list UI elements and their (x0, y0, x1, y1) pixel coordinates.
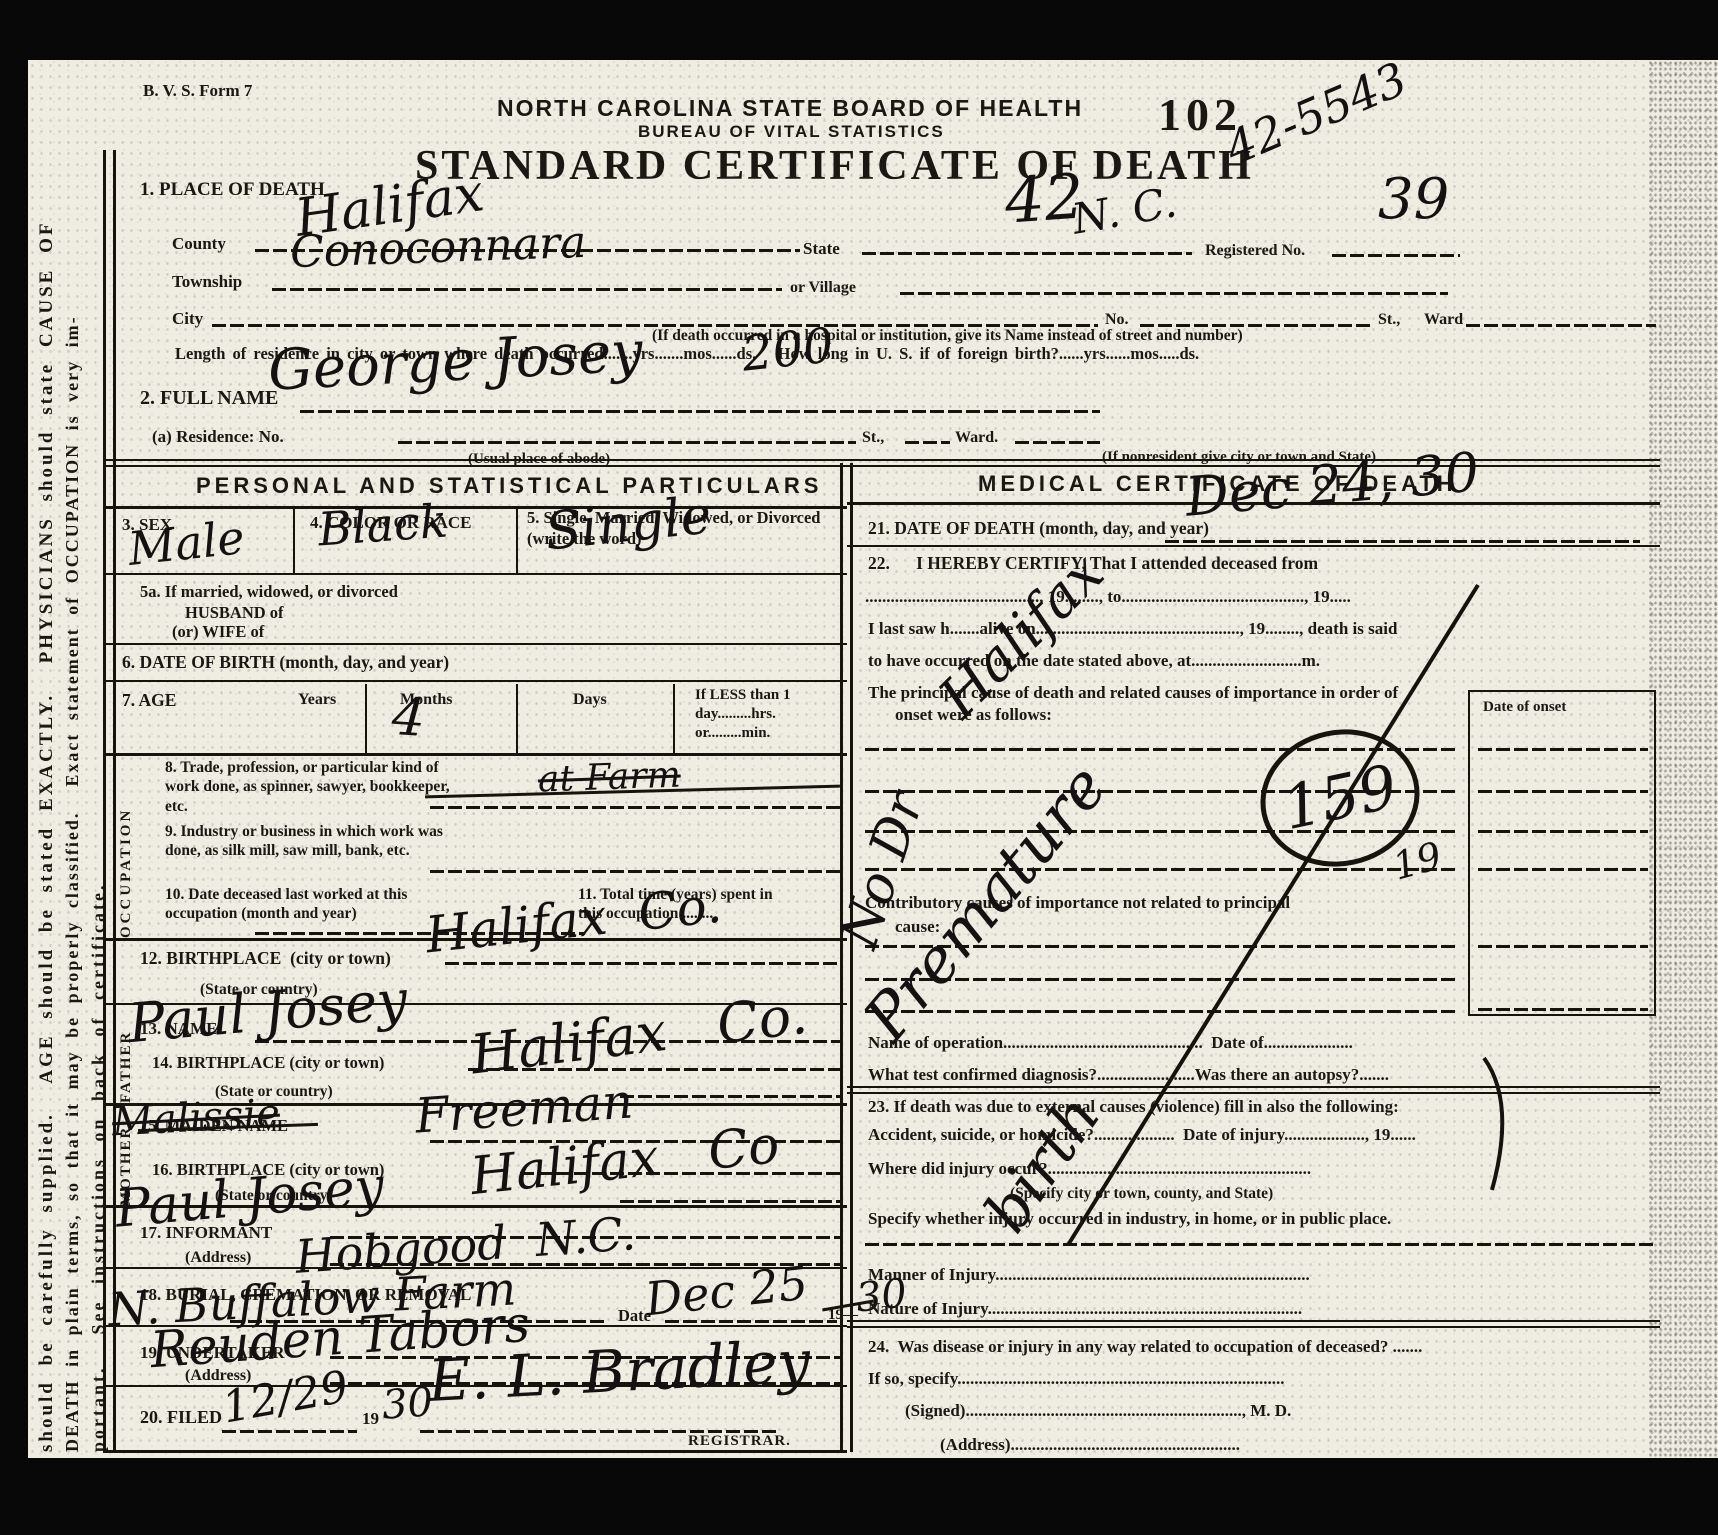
residence-a-line (398, 441, 856, 444)
mother-value: Freeman (414, 1077, 635, 1140)
full-name-line (300, 410, 1100, 413)
residence-ward-line (1015, 441, 1100, 444)
item8-line (430, 806, 840, 809)
state-line (862, 252, 1192, 255)
onset-line-6 (1478, 1008, 1648, 1011)
bp14-label: 14. BIRTHPLACE (city or town) (152, 1053, 384, 1074)
scan-border-left (0, 0, 28, 1535)
residence-st-label: St., (862, 428, 884, 448)
race-value: Black (317, 498, 449, 553)
city-ward-label: Ward (1424, 310, 1463, 330)
personal-header: PERSONAL AND STATISTICAL PARTICULARS (196, 472, 822, 500)
margin-instructions-line2: DEATH in plain terms, so that it may be … (62, 82, 83, 1452)
item24-label: 24. Was disease or injury in any way rel… (868, 1336, 1422, 1357)
last-saw-line: I last saw h.......alive on.............… (868, 618, 1397, 639)
onset-box-right (1654, 690, 1656, 1016)
contributory-line1: Contributory causes of importance not re… (865, 892, 1290, 913)
residence-a-label: (a) Residence: No. (152, 426, 284, 447)
cause-line-4 (865, 868, 1457, 871)
race-marital-divider (516, 508, 518, 573)
item21-label: 21. DATE OF DEATH (month, day, and year) (868, 518, 1209, 540)
age-rule (103, 753, 847, 756)
item21-line (1165, 540, 1640, 543)
item5a-rule (103, 643, 847, 645)
onset-box-top (1468, 690, 1656, 692)
age-months-value: 4 (390, 691, 427, 745)
sex-race-divider (293, 508, 295, 573)
item20-label: 20. FILED (140, 1406, 222, 1429)
test-line: What test confirmed diagnosis?..........… (868, 1064, 1389, 1085)
bp12-line (445, 962, 840, 965)
md-address-line: (Address)...............................… (940, 1434, 1240, 1455)
bp14-state-line (620, 1095, 840, 1098)
nature-line: Nature of Injury........................… (868, 1298, 1302, 1319)
specify-note: (Specify city or town, county, and State… (1010, 1184, 1273, 1203)
full-name-annotation: 200 (740, 321, 836, 378)
form-number: B. V. S. Form 7 (143, 80, 252, 101)
age-div2 (516, 684, 518, 753)
cause-code-value: 159 (1278, 757, 1403, 840)
village-label: or Village (790, 278, 856, 298)
scan-border-top (0, 0, 1718, 60)
city-ward-line (1466, 324, 1656, 327)
left-bottom-rule (103, 1450, 847, 1453)
registered-no-label: Registered No. (1205, 241, 1305, 261)
item8-label: 8. Trade, profession, or particular kind… (165, 758, 465, 816)
item9-label: 9. Industry or business in which work wa… (165, 822, 460, 861)
township-label: Township (172, 271, 242, 292)
where-line: Where did injury occur?.................… (868, 1158, 1311, 1179)
residence-ward-label: Ward. (955, 428, 998, 448)
township-line (272, 288, 782, 291)
onset-line-2 (1478, 790, 1648, 793)
age-years-label: Years (298, 690, 336, 710)
age-ifless-label: If LESS than 1 day.........hrs. or......… (695, 686, 843, 742)
date-of-onset-label: Date of onset (1483, 698, 1566, 717)
item21-rule (847, 545, 1660, 547)
nature-rule (847, 1320, 1660, 1328)
age-days-label: Days (573, 690, 607, 710)
city-st-label: St., (1378, 310, 1400, 330)
village-line (900, 292, 1448, 295)
section2-title: 2. FULL NAME (140, 386, 278, 411)
registrar-label: REGISTRAR. (688, 1432, 791, 1451)
bp16-state-line (620, 1200, 840, 1203)
signed-line: (Signed)................................… (905, 1400, 1291, 1421)
onset-box-left (1468, 690, 1470, 1016)
left-border (103, 150, 116, 1452)
wife-label: (or) WIFE of (172, 622, 264, 643)
injury-blank-line (865, 1243, 1655, 1246)
onset-line-1 (1478, 748, 1648, 751)
occupation-vertical-label: OCCUPATION (118, 758, 135, 938)
dob-rule (103, 680, 847, 682)
registered-no-value: 39 (1378, 172, 1449, 228)
county-label: County (172, 233, 226, 254)
item5a-label: 5a. If married, widowed, or divorced (140, 582, 398, 603)
item17-address-label: (Address) (185, 1248, 251, 1268)
industry-line: Specify whether injury occurred in indus… (868, 1208, 1391, 1229)
occurred-line: to have occurred on the date stated abov… (868, 650, 1320, 671)
scan-border-bottom (0, 1458, 1718, 1535)
onset-line-4 (1478, 868, 1648, 871)
filed-year-printed: 19 (362, 1408, 379, 1429)
city-label: City (172, 308, 203, 329)
age-div1 (365, 684, 367, 753)
operation-line: Name of operation.......................… (868, 1032, 1353, 1053)
onset-line-3 (1478, 830, 1648, 833)
registered-no-line (1332, 254, 1460, 257)
scanned-death-certificate: should be carefully supplied. AGE should… (0, 0, 1718, 1535)
board-title: NORTH CAROLINA STATE BOARD OF HEALTH (497, 94, 1083, 123)
sex-row-rule (103, 573, 847, 575)
onset-box-bottom (1468, 1014, 1656, 1016)
age-div3 (673, 684, 675, 753)
margin-instructions-line1: should be carefully supplied. AGE should… (36, 82, 58, 1452)
mother-struck-value: Malissie (111, 1094, 281, 1143)
township-value: Conoconnara (289, 221, 587, 275)
contributory-blank-3 (865, 1010, 1457, 1013)
if-so-line: If so, specify..........................… (868, 1368, 1285, 1389)
accident-line: Accident, suicide, or homicide?.........… (868, 1124, 1416, 1145)
husband-label: HUSBAND of (185, 603, 284, 624)
item10-label: 10. Date deceased last worked at this oc… (165, 885, 445, 924)
age-label: 7. AGE (122, 690, 176, 712)
residence-st-line (905, 441, 950, 444)
manner-line: Manner of Injury........................… (868, 1264, 1310, 1285)
state-label: State (803, 238, 840, 259)
bp12-label: 12. BIRTHPLACE (city or town) (140, 948, 391, 970)
item23-label: 23. If death was due to external causes … (868, 1096, 1399, 1117)
onset-line-5 (1478, 945, 1648, 948)
cause-code-small: 19 (1389, 836, 1446, 885)
filed-year-value: 30 (381, 1382, 435, 1425)
dob-label: 6. DATE OF BIRTH (month, day, and year) (122, 652, 449, 674)
item9-line (430, 870, 840, 873)
scan-grain (1648, 60, 1718, 1460)
sex-value: Male (126, 514, 247, 572)
test-rule (847, 1086, 1660, 1094)
